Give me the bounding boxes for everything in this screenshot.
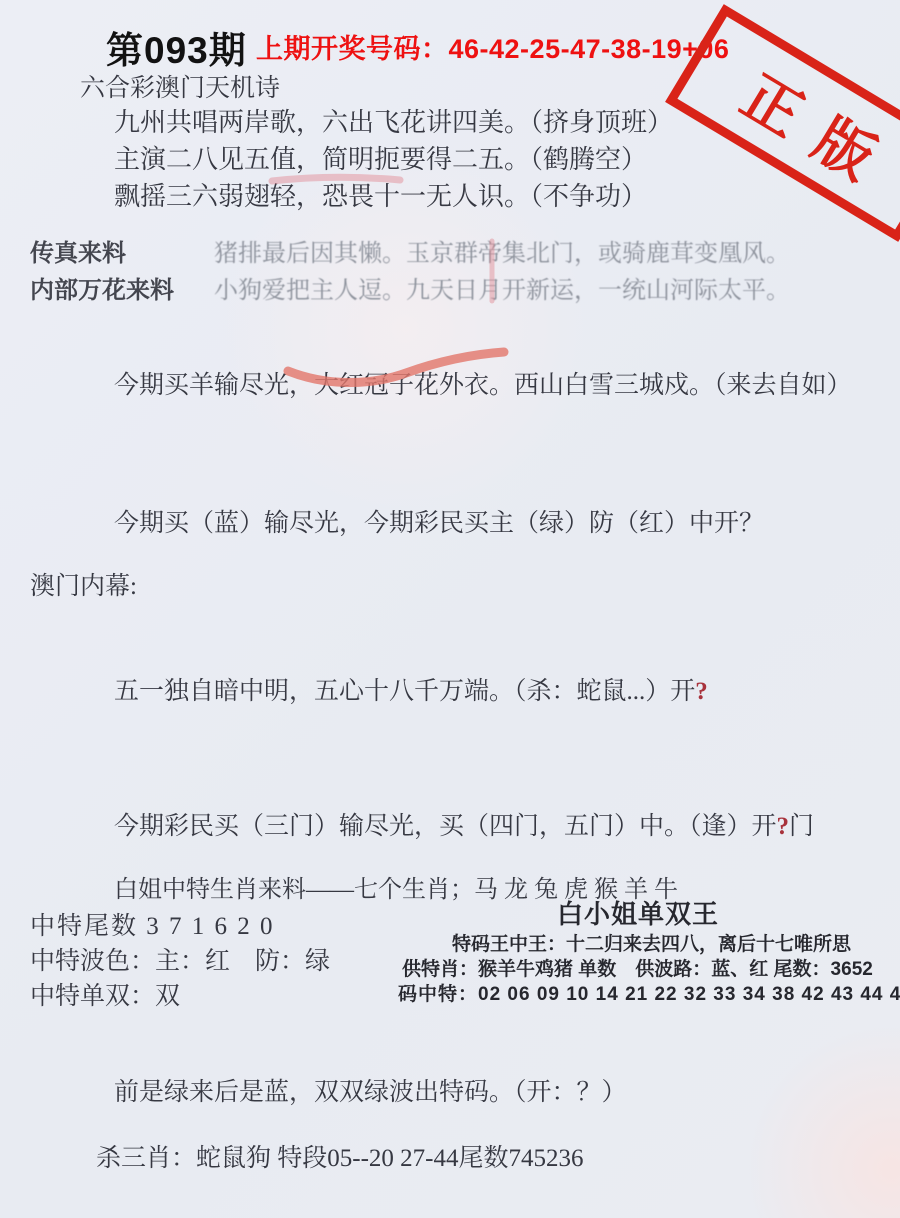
tip-line-doors-question: ? (777, 813, 790, 840)
fax-row-1: 传真来料猪排最后因其懒。玉京群帝集北门，或骑鹿茸变凰风。 (30, 233, 790, 268)
last-draw-numbers: 上期开奖号码：46-42-25-47-38-19+06 (256, 27, 729, 66)
issue-number: 第093期 (106, 20, 247, 74)
kill-three-zodiac-line: 杀三肖：蛇鼠狗 特段05--20 27-44尾数745236 (96, 1138, 583, 1174)
special-zodiac-line: 供特肖：猴羊牛鸡猪 单数 供波路：蓝、红 尾数：3652 (402, 954, 873, 981)
tip-line-dark: 五一独自暗中明，五心十八千万端。（杀：蛇鼠...）开? (114, 671, 708, 707)
tip-line-doors: 今期彩民买（三门）输尽光，买（四门，五门）中。（逢）开?门 (114, 806, 814, 842)
macau-insider-label: 澳门内幕: (30, 566, 137, 602)
tip-line-dark-question: ? (695, 678, 708, 705)
fax-content-1: 猪排最后因其懒。玉京群帝集北门，或骑鹿茸变凰风。 (214, 241, 790, 267)
poem-title: 六合彩澳门天机诗 (80, 68, 280, 104)
fax-content-2: 小狗爱把主人逗。九天日月开新运，一统山河际太平。 (214, 278, 790, 304)
special-odd-even: 中特单双：双 (30, 976, 180, 1012)
lottery-tip-sheet: 第093期 上期开奖号码：46-42-25-47-38-19+06 正版 六合彩… (0, 0, 900, 1218)
tip-line-doors-text: 今期彩民买（三门）输尽光，买（四门，五门）中。（逢）开 (114, 813, 777, 840)
white-lady-title: 白小姐单双王 (557, 894, 719, 931)
tip-line-color: 今期买（蓝）输尽光，今期彩民买主（绿）防（红）中开？ (114, 503, 764, 539)
fax-row-2: 内部万花来料小狗爱把主人逗。九天日月开新运，一统山河际太平。 (30, 270, 790, 305)
fax-label-1: 传真来料 (30, 241, 126, 267)
fax-label-2: 内部万花来料 (30, 278, 174, 304)
poem-line-1: 九州共唱两岸歌，六出飞花讲四美。（挤身顶班） (114, 102, 673, 139)
special-wave-color: 中特波色：主：红 防：绿 (30, 941, 330, 977)
special-numbers-line: 码中特：02 06 09 10 14 21 22 32 33 34 38 42 … (398, 979, 900, 1006)
poem-line-3: 飘摇三六弱翅轻，恐畏十一无人识。（不争功） (114, 176, 647, 213)
tip-line-doors-tail: 门 (789, 813, 814, 840)
green-blue-tip-line: 前是绿来后是蓝，双双绿波出特码。（开：？） (114, 1072, 627, 1108)
authentic-stamp-text: 正版 (728, 50, 900, 209)
special-king-line: 特码王中王：十二归来去四八，离后十七唯所思 (452, 929, 851, 956)
poem-line-2: 主演二八见五值，简明扼要得二五。（鹤腾空） (114, 139, 647, 176)
tip-line-sheep: 今期买羊输尽光，大红冠子花外衣。西山白雪三城戍。（来去自如） (114, 365, 852, 401)
special-tail-numbers: 中特尾数 3 7 1 6 2 0 (30, 906, 275, 942)
tip-line-dark-text: 五一独自暗中明，五心十八千万端。（杀：蛇鼠...）开 (114, 678, 695, 705)
